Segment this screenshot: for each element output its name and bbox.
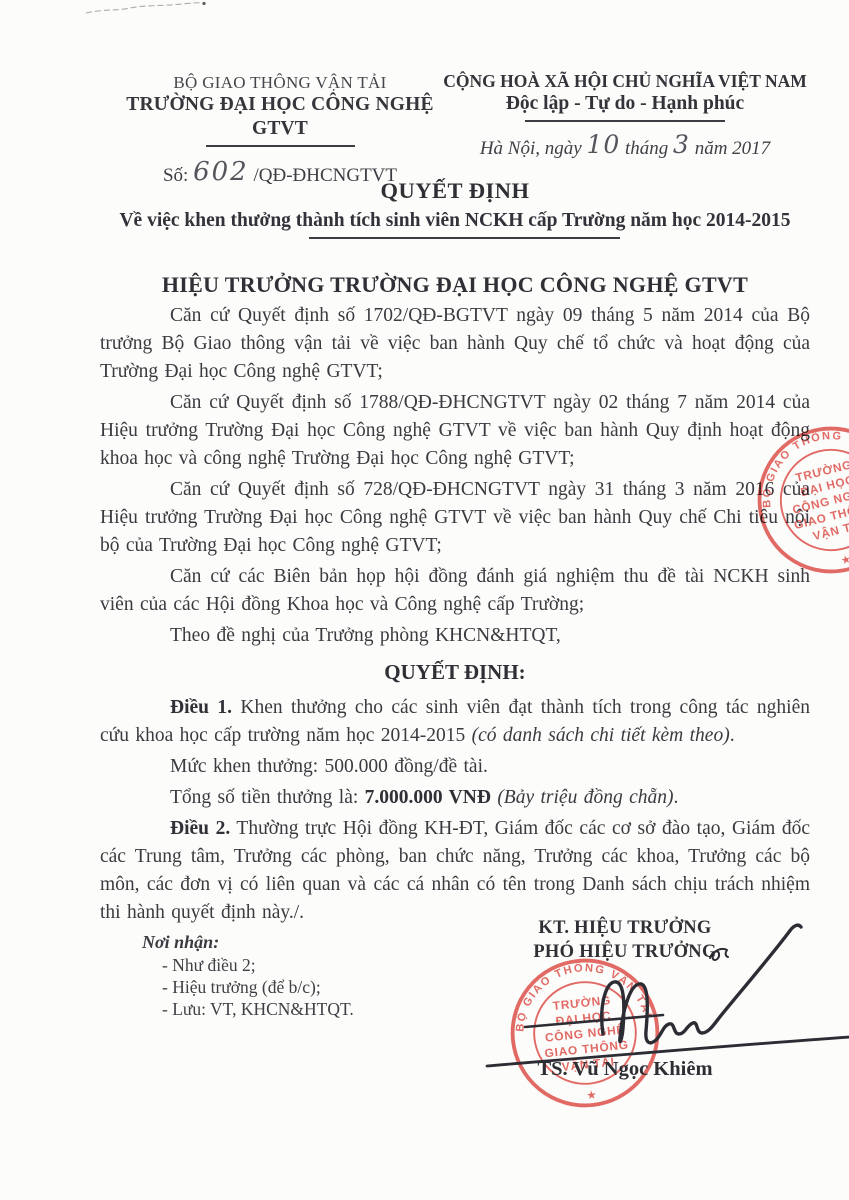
article-1-note: (có danh sách chi tiết kèm theo) xyxy=(472,725,730,746)
article-1-label: Điều 1. xyxy=(170,697,232,718)
recital-paragraph-5: Theo đề nghị của Trưởng phòng KHCN&HTQT, xyxy=(100,622,810,650)
total-close: . xyxy=(673,787,678,808)
total-words: (Bảy triệu đồng chẵn) xyxy=(491,787,674,808)
document-footer: Nơi nhận: - Như điều 2; - Hiệu trưởng (đ… xyxy=(100,916,815,1116)
document-title: QUYẾT ĐỊNH xyxy=(100,178,810,204)
document-subject: Về việc khen thưởng thành tích sinh viên… xyxy=(100,207,810,234)
recipients-block: Nơi nhận: - Như điều 2; - Hiệu trưởng (đ… xyxy=(100,931,400,1116)
recipient-item-3: - Lưu: VT, KHCN&HTQT. xyxy=(142,998,400,1020)
total-label: Tổng số tiền thưởng là: xyxy=(170,787,365,808)
issuer-heading: HIỆU TRƯỞNG TRƯỜNG ĐẠI HỌC CÔNG NGHỆ GTV… xyxy=(100,271,810,299)
document-body: QUYẾT ĐỊNH Về việc khen thưởng thành tíc… xyxy=(0,0,849,927)
recipient-item-2: - Hiệu trưởng (để b/c); xyxy=(142,976,400,998)
signature-block: KT. HIỆU TRƯỞNG PHÓ HIỆU TRƯỞNG BỘ GIAO … xyxy=(435,916,815,1116)
article-1-close: . xyxy=(730,725,735,746)
article-1-paragraph: Điều 1. Khen thưởng cho các sinh viên đạ… xyxy=(100,694,810,750)
decision-heading: QUYẾT ĐỊNH: xyxy=(100,658,810,686)
reward-level-line: Mức khen thưởng: 500.000 đồng/đề tài. xyxy=(100,753,810,781)
recipients-label: Nơi nhận: xyxy=(142,931,400,954)
recital-paragraph-2: Căn cứ Quyết định số 1788/QĐ-ĐHCNGTVT ng… xyxy=(100,389,810,473)
subject-underline xyxy=(309,237,620,239)
recital-paragraph-4: Căn cứ các Biên bản họp hội đồng đánh gi… xyxy=(100,563,810,619)
recital-paragraph-1: Căn cứ Quyết định số 1702/QĐ-BGTVT ngày … xyxy=(100,302,810,386)
total-amount-line: Tổng số tiền thưởng là: 7.000.000 VNĐ (B… xyxy=(100,784,810,812)
edge-stamp-star: ★ xyxy=(840,553,849,567)
document-page: BỘ GIAO THÔNG VẬN TẢI TRƯỜNG ĐẠI HỌC CÔN… xyxy=(0,0,849,1200)
recipient-item-1: - Như điều 2; xyxy=(142,954,400,976)
signer-name: TS. Vũ Ngọc Khiêm xyxy=(435,1058,815,1081)
article-2-label: Điều 2. xyxy=(170,818,230,839)
pen-scratch-mark xyxy=(82,0,212,18)
article-2-paragraph: Điều 2. Thường trực Hội đồng KH-ĐT, Giám… xyxy=(100,815,810,927)
recital-paragraph-3: Căn cứ Quyết định số 728/QĐ-ĐHCNGTVT ngà… xyxy=(100,476,810,560)
total-amount: 7.000.000 VNĐ xyxy=(365,787,491,808)
